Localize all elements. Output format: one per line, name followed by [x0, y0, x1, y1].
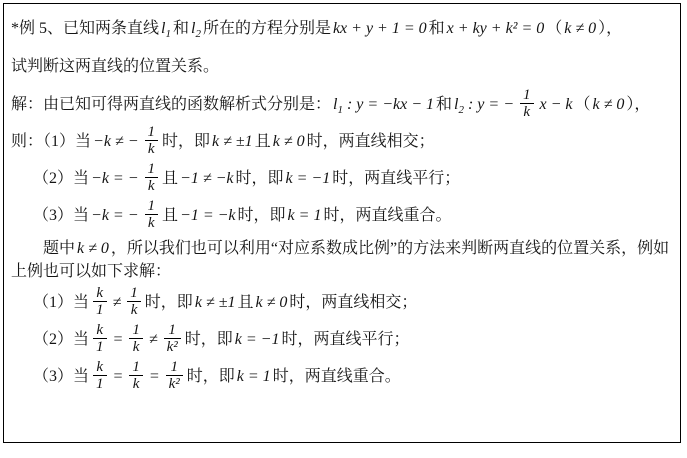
- math-expr: −k = −: [91, 170, 139, 187]
- fraction: 1k: [145, 198, 159, 231]
- math-function-1: : y = −kx − 1: [347, 96, 434, 113]
- fraction-denominator: k: [127, 302, 141, 318]
- fraction-numerator: 1: [164, 322, 181, 339]
- cn-text: （3）当: [33, 207, 89, 224]
- fraction-denominator: 1: [93, 302, 107, 318]
- math-expr: k = −1: [286, 170, 331, 187]
- cn-text: 时，即: [185, 331, 233, 348]
- math-expr: k = 1: [237, 368, 271, 385]
- fraction: 1k²: [164, 322, 181, 355]
- cn-text: *例 5、已知两条直线: [11, 20, 159, 37]
- fraction-denominator: k: [129, 376, 143, 392]
- document-border-frame: *例 5、已知两条直线l1和l2所在的方程分别是kx + y + 1 = 0和x…: [3, 3, 681, 443]
- math-subscript: 2: [195, 28, 201, 40]
- math-relation: =: [149, 368, 160, 385]
- cn-text: 时，两直线重合。: [323, 207, 451, 224]
- cn-text: （3）当: [33, 368, 89, 385]
- fraction: 1k: [129, 322, 143, 355]
- fraction-numerator: 1: [127, 285, 141, 302]
- cn-text: 且: [162, 170, 178, 187]
- cn-text: 所在的方程分别是: [203, 20, 331, 37]
- fraction: 1k: [129, 359, 143, 392]
- cn-text: ），: [598, 20, 622, 37]
- math-line1-symbol: l1: [161, 20, 171, 37]
- fraction-denominator: 1: [93, 339, 107, 355]
- cn-text: 时，即: [162, 133, 210, 150]
- fraction-numerator: 1: [145, 124, 159, 141]
- fraction: 1k: [145, 124, 159, 157]
- math-expr: −k ≠ −: [93, 133, 138, 150]
- fraction-numerator: 1: [129, 359, 143, 376]
- math-condition: k ≠ 0: [564, 20, 596, 37]
- cn-text: 和: [173, 20, 189, 37]
- math-relation: ≠: [149, 331, 158, 348]
- cn-text: 时，两直线平行；: [281, 331, 409, 348]
- fraction-numerator: 1: [166, 359, 183, 376]
- cn-text: 时，即: [238, 207, 286, 224]
- fraction-numerator: 1: [145, 198, 159, 215]
- math-subscript: 1: [337, 104, 343, 116]
- solution-case-2: （2）当−k = −1k且−1 ≠ −k时，即k = −1时，两直线平行；: [11, 163, 673, 196]
- fraction: 1k: [127, 285, 141, 318]
- math-expr: k = 1: [288, 207, 322, 224]
- fraction-denominator: 1: [93, 376, 107, 392]
- math-equation-1: kx + y + 1 = 0: [333, 20, 427, 37]
- cn-text: 则：（1）当: [11, 133, 91, 150]
- cn-text: 时，即: [187, 368, 235, 385]
- alt-method-paragraph: 题中k ≠ 0，所以我们也可以利用“对应系数成比例”的方法来判断两直线的位置关系…: [11, 237, 673, 283]
- fraction-numerator: k: [93, 285, 107, 302]
- math-expr: k ≠ 0: [256, 294, 288, 311]
- problem-statement-line2: 试判断这两直线的位置关系。: [11, 56, 673, 77]
- fraction-numerator: 1: [145, 161, 159, 178]
- math-relation: =: [113, 331, 124, 348]
- problem-statement-line1: *例 5、已知两条直线l1和l2所在的方程分别是kx + y + 1 = 0和x…: [11, 18, 673, 39]
- math-expr: k ≠ ±1: [212, 133, 253, 150]
- fraction-numerator: 1: [129, 322, 143, 339]
- fraction: k1: [93, 322, 107, 355]
- cn-text: 时，即: [236, 170, 284, 187]
- fraction: 1k: [145, 161, 159, 194]
- solution-intro-line: 解：由已知可得两直线的函数解析式分别是：l1: y = −kx − 1和l2: …: [11, 89, 673, 122]
- math-expr: −1 = −k: [180, 207, 236, 224]
- alt-case-1: （1）当k1≠1k时，即k ≠ ±1且k ≠ 0时，两直线相交；: [11, 287, 673, 320]
- math-subscript: 1: [165, 28, 171, 40]
- alt-case-2: （2）当k1=1k≠1k²时，即k = −1时，两直线平行；: [11, 324, 673, 357]
- fraction-denominator: k²: [164, 339, 181, 355]
- fraction-denominator: k: [129, 339, 143, 355]
- math-line1-symbol: l1: [333, 96, 343, 113]
- fraction-denominator: k: [145, 178, 159, 194]
- cn-text: 且: [237, 294, 253, 311]
- cn-text: （: [575, 96, 591, 113]
- math-expr: x − k: [540, 96, 573, 113]
- cn-text: 时，两直线相交；: [307, 133, 435, 150]
- math-condition: k ≠ 0: [77, 240, 109, 257]
- cn-text: （2）当: [33, 170, 89, 187]
- math-expr: −1 ≠ −k: [180, 170, 233, 187]
- cn-text: 和: [429, 20, 445, 37]
- solution-case-3: （3）当−k = −1k且−1 = −k时，即k = 1时，两直线重合。: [11, 200, 673, 233]
- math-relation: ≠: [113, 294, 122, 311]
- solution-case-1: 则：（1）当−k ≠ −1k时，即k ≠ ±1且k ≠ 0时，两直线相交；: [11, 126, 673, 159]
- cn-text: （2）当: [33, 331, 89, 348]
- cn-text: ，所以我们也可以利用“对应系数成比例”的方法来判断两直线的位置关系，例如上例也可…: [11, 240, 669, 280]
- fraction: k1: [93, 359, 107, 392]
- fraction: 1k: [520, 87, 534, 120]
- cn-text: ），: [626, 96, 650, 113]
- cn-text: 时，两直线平行；: [332, 170, 460, 187]
- cn-text: 时，即: [145, 294, 193, 311]
- alt-case-3: （3）当k1=1k=1k²时，即k = 1时，两直线重合。: [11, 361, 673, 394]
- math-function-2: : y = −: [468, 96, 514, 113]
- math-line2-symbol: l2: [454, 96, 464, 113]
- cn-text: （1）当: [33, 294, 89, 311]
- math-expr: k ≠ ±1: [195, 294, 236, 311]
- cn-text: 且: [162, 207, 178, 224]
- math-subscript: 2: [458, 104, 464, 116]
- cn-text: 试判断这两直线的位置关系。: [11, 58, 219, 75]
- fraction-denominator: k²: [166, 376, 183, 392]
- fraction-denominator: k: [520, 104, 534, 120]
- math-expr: k = −1: [235, 331, 280, 348]
- cn-text: 和: [436, 96, 452, 113]
- cn-text: 题中: [43, 240, 75, 257]
- fraction-numerator: 1: [520, 87, 534, 104]
- fraction-numerator: k: [93, 322, 107, 339]
- math-relation: =: [113, 368, 124, 385]
- math-expr: −k = −: [91, 207, 139, 224]
- fraction-denominator: k: [145, 215, 159, 231]
- fraction-numerator: k: [93, 359, 107, 376]
- cn-text: 解：由已知可得两直线的函数解析式分别是：: [11, 96, 331, 113]
- fraction-denominator: k: [145, 141, 159, 157]
- cn-text: 时，两直线重合。: [273, 368, 401, 385]
- fraction: k1: [93, 285, 107, 318]
- fraction: 1k²: [166, 359, 183, 392]
- math-condition: k ≠ 0: [593, 96, 625, 113]
- cn-text: 且: [255, 133, 271, 150]
- math-expr: k ≠ 0: [273, 133, 305, 150]
- cn-text: 时，两直线相交；: [289, 294, 417, 311]
- cn-text: （: [546, 20, 562, 37]
- math-equation-2: x + ky + k² = 0: [447, 20, 545, 37]
- math-line2-symbol: l2: [191, 20, 201, 37]
